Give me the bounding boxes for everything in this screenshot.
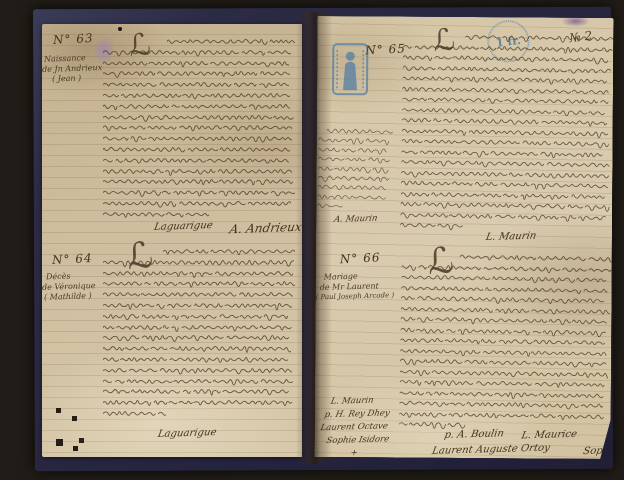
signature: L. Maurin bbox=[485, 231, 537, 243]
signature: p. A. Boulin bbox=[443, 428, 504, 441]
signature: Sophie Isidore bbox=[325, 434, 390, 446]
margin-note-line: ( Mathilde ) bbox=[44, 291, 92, 302]
margin-note-line: ( Paul Joseph Arcade ) bbox=[315, 291, 394, 301]
margin-signature: p. H. Rey Dhey bbox=[325, 409, 390, 419]
act-66-body: ℒ bbox=[399, 251, 612, 433]
opening-initial: ℒ bbox=[432, 22, 457, 59]
opening-initial: ℒ bbox=[125, 235, 155, 278]
signature: Laguarigue bbox=[153, 220, 214, 236]
handwritten-mention bbox=[317, 126, 396, 212]
act-number-66: N° 66 bbox=[340, 250, 381, 266]
margin-signature: Sophie Isidore bbox=[327, 435, 389, 445]
act-65-body: ℒ bbox=[400, 31, 613, 234]
act-63-signatures: Laguarigue A. Andrieux bbox=[154, 221, 302, 235]
margin-note-line: Mariage bbox=[324, 272, 358, 282]
signature: + bbox=[350, 448, 359, 458]
signature: p. H. Rey Dhey bbox=[324, 408, 391, 420]
act-66-signatures-row1: p. A. Boulin L. Maurice bbox=[445, 429, 577, 441]
margin-note-line: Naissance bbox=[44, 53, 86, 63]
margin-note-line: de Jn Andrieux bbox=[42, 63, 102, 74]
ink-dot bbox=[118, 27, 122, 31]
opening-initial: ℒ bbox=[127, 27, 152, 64]
margin-note-line: Décès bbox=[46, 272, 71, 282]
figure-stamp-icon bbox=[331, 42, 369, 96]
margin-signature: L. Maurin bbox=[331, 396, 374, 406]
right-page: № 2 1 fr. N° 65 ℒ A. Maurin L. Maurin N°… bbox=[314, 16, 613, 459]
act-number-64: N° 64 bbox=[52, 251, 93, 267]
margin-note-line: de Mr Laurent bbox=[320, 281, 379, 292]
opening-initial: ℒ bbox=[426, 240, 455, 283]
signature: Laurent Auguste Ortoy bbox=[431, 443, 551, 457]
marginal-mention bbox=[317, 126, 396, 212]
act-63-body: ℒ bbox=[103, 36, 297, 220]
handwritten-paragraph bbox=[400, 31, 613, 234]
margin-signature: Laurent Octave bbox=[321, 422, 388, 432]
signature: A. Andrieux bbox=[229, 220, 304, 236]
act-65-signatures: L. Maurin bbox=[486, 231, 536, 242]
signature: Laurent Octave bbox=[320, 421, 389, 433]
margin-note-line: ( Jean ) bbox=[52, 73, 81, 83]
signature: L. Maurin bbox=[330, 396, 375, 407]
act-number-65: N° 65 bbox=[365, 42, 406, 58]
act-number-63: N° 63 bbox=[53, 31, 94, 47]
signature: L. Maurice bbox=[520, 429, 578, 442]
left-page: N° 63 Naissance de Jn Andrieux ( Jean ) … bbox=[42, 24, 302, 457]
signature: A. Maurin bbox=[333, 214, 378, 225]
signature: Laguarigue bbox=[157, 427, 218, 440]
mention-signature-row: A. Maurin bbox=[334, 214, 377, 224]
act-66-signatures-row2: Laurent Auguste Ortoy Sophie Isidore bbox=[432, 444, 624, 457]
act-64-body: ℒ bbox=[103, 246, 297, 419]
act-64-signatures: Laguarigue bbox=[158, 428, 216, 439]
margin-signature-cross: + bbox=[350, 448, 357, 458]
worm-holes bbox=[56, 408, 61, 413]
scanned-register-photo: N° 63 Naissance de Jn Andrieux ( Jean ) … bbox=[0, 0, 624, 480]
